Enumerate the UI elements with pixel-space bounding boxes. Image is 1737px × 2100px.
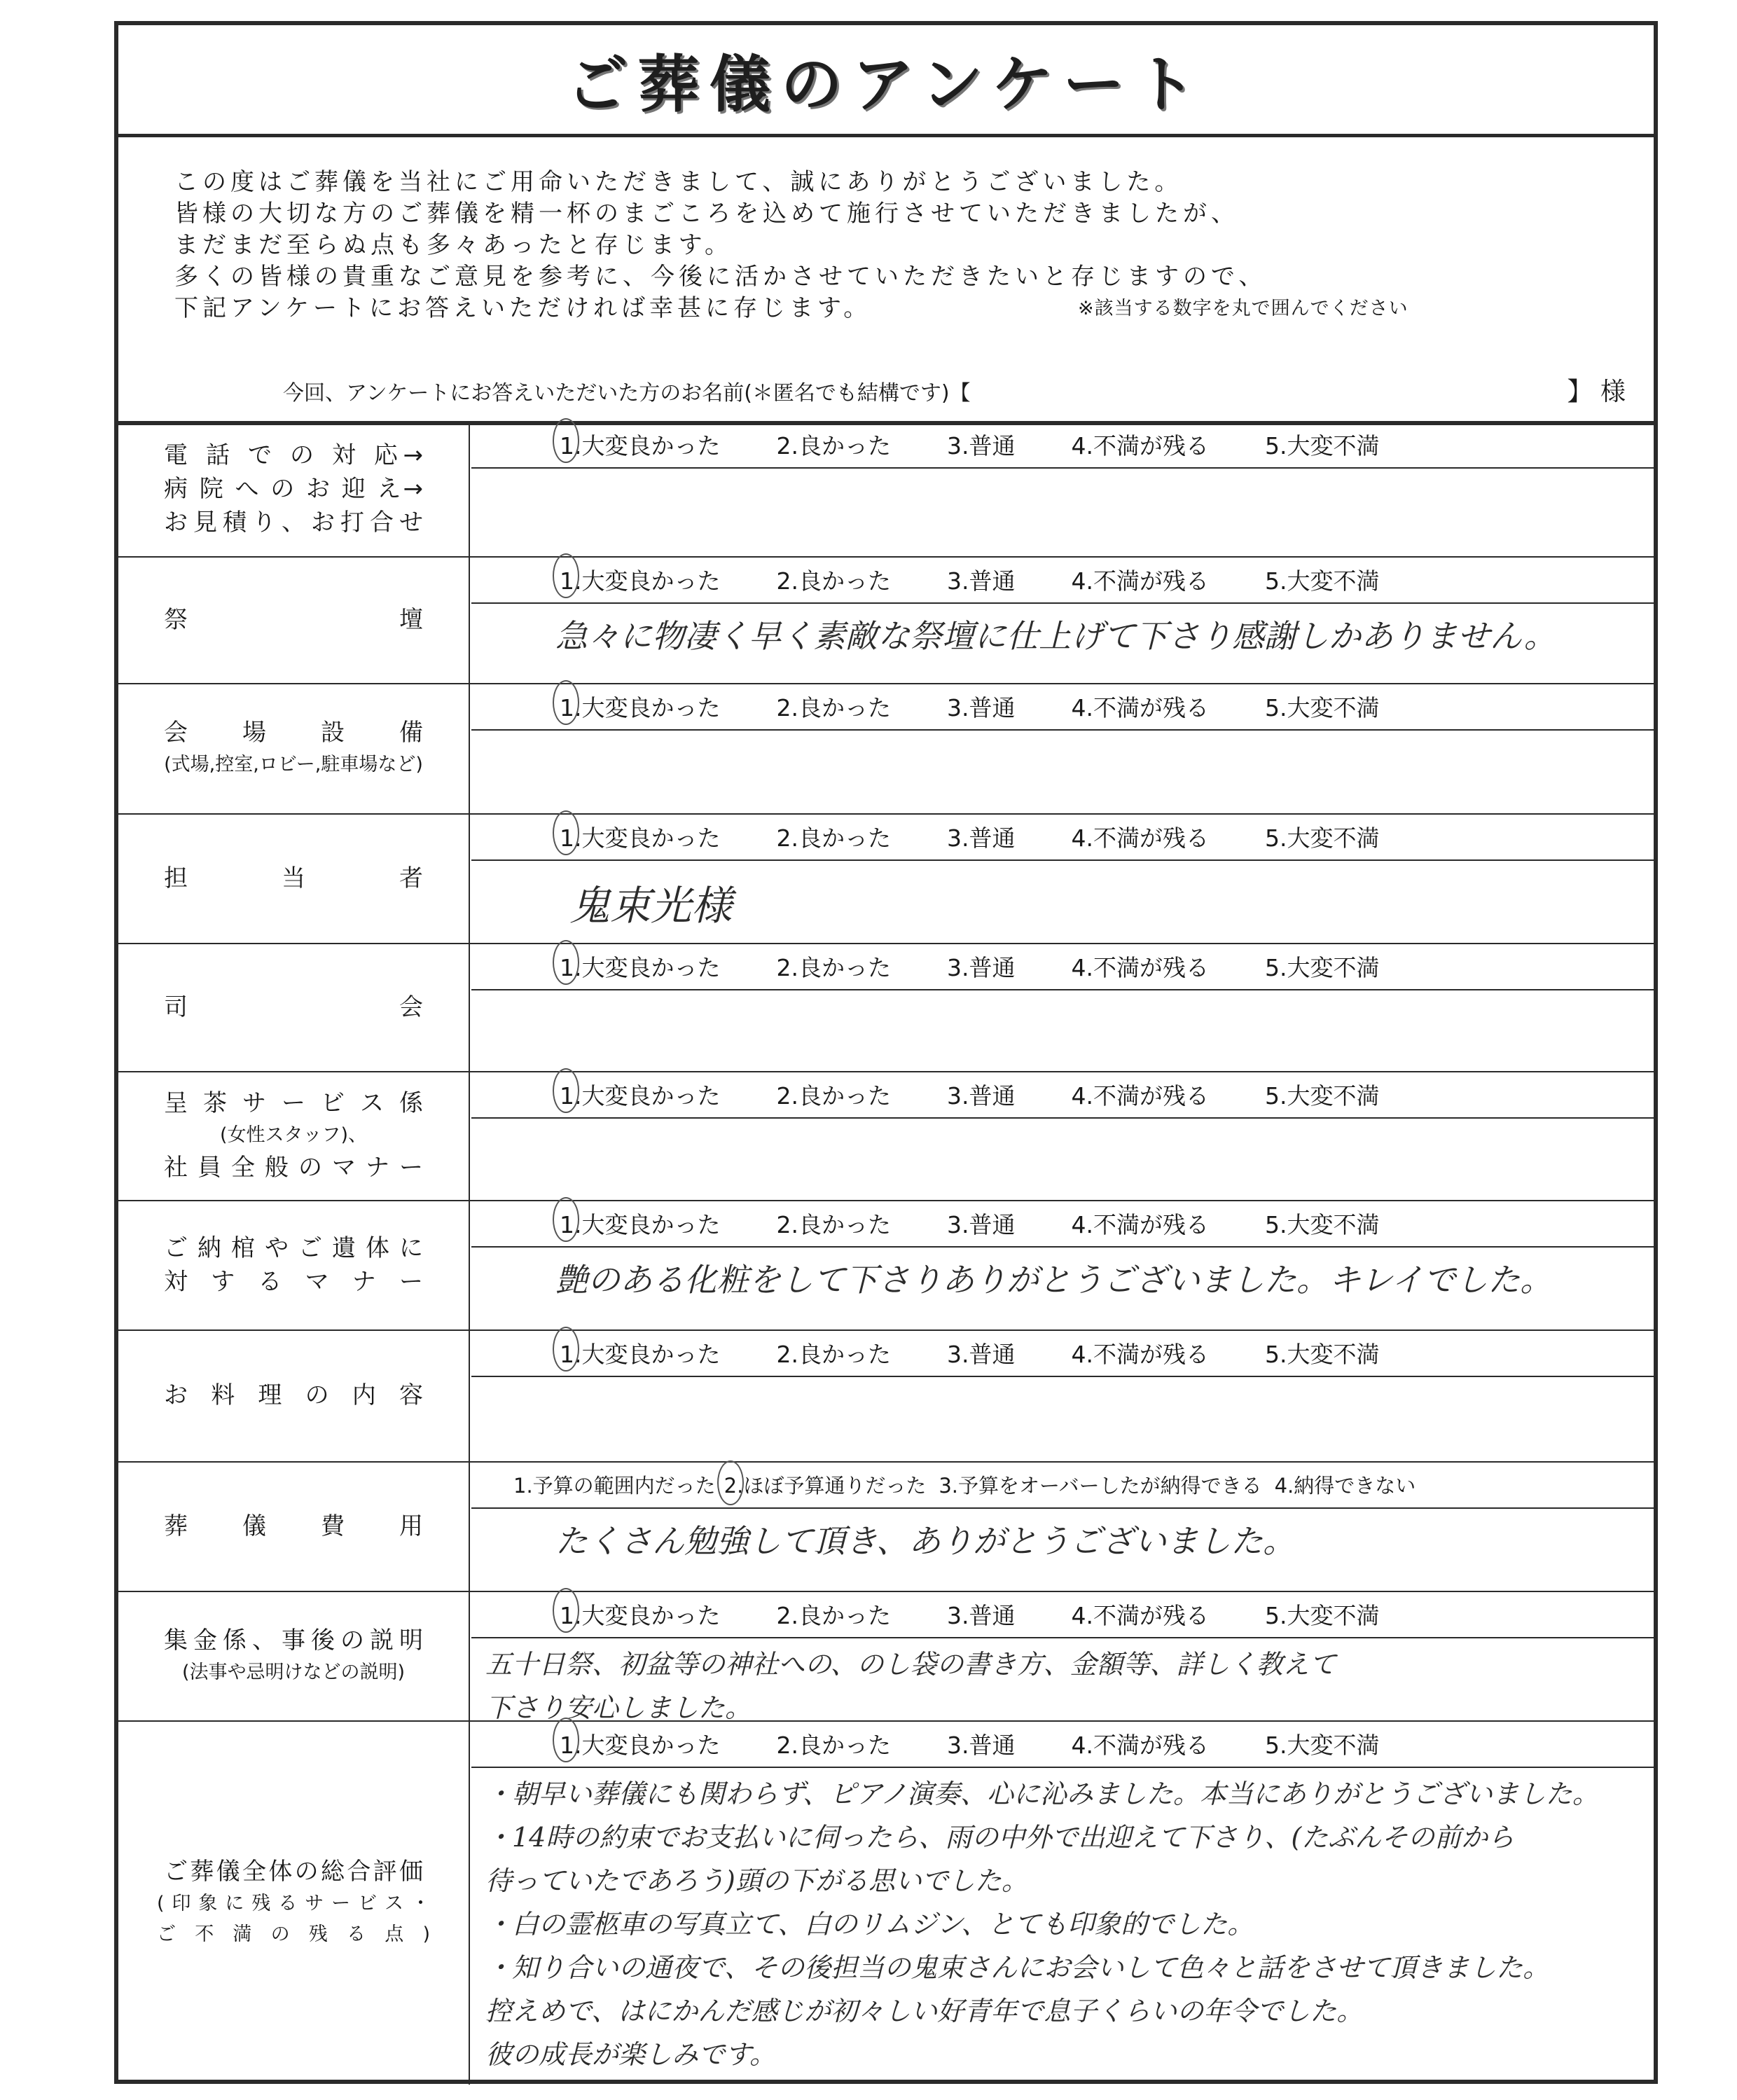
instruction-note: ※該当する数字を丸で囲んでください <box>1078 293 1409 320</box>
label-sub: (印象に残るサービス・ <box>157 1888 430 1919</box>
label-sub: ご不満の残る点) <box>157 1919 430 1950</box>
rating-options: 1.大変良かった2.良かった3.普通4.不満が残る5.大変不満 <box>471 813 1654 861</box>
question-row-6: 呈 茶 サ ー ビ ス 係(女性スタッフ)、社 員 全 般 の マ ナ ー 1.… <box>118 1071 1654 1201</box>
rating-option-3[interactable]: 3.普通 <box>947 563 1016 596</box>
rating-option-2[interactable]: 2.良かった <box>777 1207 892 1240</box>
label-line: 祭 壇 <box>164 603 423 637</box>
answer-cell: 1.予算の範囲内だった2.ほぼ予算通りだった3.予算をオーバーしたが納得できる4… <box>471 1461 1654 1591</box>
rating-option-2[interactable]: 2.良かった <box>777 1598 892 1631</box>
question-row-2: 祭 壇 1.大変良かった2.良かった3.普通4.不満が残る5.大変不満 急々に物… <box>118 556 1654 684</box>
question-label: ご 納 棺 や ご 遺 体 に対 す る マ ナ ー <box>118 1200 470 1329</box>
rating-option-3[interactable]: 3.予算をオーバーしたが納得できる <box>939 1470 1261 1499</box>
rating-option-1[interactable]: 1.大変良かった <box>560 690 721 723</box>
question-label: 呈 茶 サ ー ビ ス 係(女性スタッフ)、社 員 全 般 の マ ナ ー <box>118 1071 470 1200</box>
question-rows: 電 話 で の 対 応→病 院 へ の お 迎 え→お見積り、お打合せ 1.大変… <box>118 421 1654 2080</box>
rating-option-5[interactable]: 5.大変不満 <box>1265 1727 1380 1760</box>
comment-field[interactable]: 鬼束光様 <box>471 862 1654 943</box>
question-label: 担 当 者 <box>118 813 470 943</box>
rating-options: 1.大変良かった2.良かった3.普通4.不満が残る5.大変不満 <box>471 1591 1654 1638</box>
rating-options: 1.大変良かった2.良かった3.普通4.不満が残る5.大変不満 <box>471 1071 1654 1119</box>
label-line: 司 会 <box>164 990 423 1024</box>
rating-option-5[interactable]: 5.大変不満 <box>1265 563 1380 596</box>
question-row-3: 会 場 設 備(式場,控室,ロビー,駐車場など) 1.大変良かった2.良かった3… <box>118 683 1654 815</box>
question-label: お 料 理 の 内 容 <box>118 1329 470 1461</box>
comment-field[interactable]: たくさん勉強して頂き、ありがとうございました。 <box>471 1510 1654 1591</box>
rating-option-4[interactable]: 4.不満が残る <box>1072 1598 1210 1631</box>
rating-option-2[interactable]: 2.良かった <box>777 1336 892 1369</box>
answer-cell: 1.大変良かった2.良かった3.普通4.不満が残る5.大変不満 <box>471 943 1654 1071</box>
rating-option-5[interactable]: 5.大変不満 <box>1265 820 1380 853</box>
respondent-name-field[interactable] <box>822 368 1652 405</box>
rating-option-1[interactable]: 1.大変良かった <box>560 1207 721 1240</box>
answer-cell: 1.大変良かった2.良かった3.普通4.不満が残る5.大変不満 <box>471 1329 1654 1461</box>
rating-option-3[interactable]: 3.普通 <box>947 1336 1016 1369</box>
comment-field[interactable] <box>471 1379 1654 1461</box>
comment-field[interactable]: 急々に物凄く早く素敵な祭壇に仕上げて下さり感謝しかありません。 <box>471 605 1654 683</box>
rating-option-1[interactable]: 1.大変良かった <box>560 1078 721 1111</box>
rating-option-3[interactable]: 3.普通 <box>947 1727 1016 1760</box>
comment-field[interactable] <box>471 732 1654 813</box>
rating-option-3[interactable]: 3.普通 <box>947 428 1016 461</box>
rating-options: 1.大変良かった2.良かった3.普通4.不満が残る5.大変不満 <box>471 1329 1654 1377</box>
question-row-10: 集金係、事後の説明(法事や忌明けなどの説明) 1.大変良かった2.良かった3.普… <box>118 1591 1654 1722</box>
rating-option-5[interactable]: 5.大変不満 <box>1265 1207 1380 1240</box>
rating-option-4[interactable]: 4.不満が残る <box>1072 1336 1210 1369</box>
intro-section: この度はご葬儀を当社にご用命いただきまして、誠にありがとうございました。 皆様の… <box>118 137 1654 425</box>
rating-option-3[interactable]: 3.普通 <box>947 690 1016 723</box>
answer-cell: 1.大変良かった2.良かった3.普通4.不満が残る5.大変不満 鬼束光様 <box>471 813 1654 943</box>
comment-field[interactable] <box>471 1120 1654 1200</box>
question-row-9: 葬 儀 費 用 1.予算の範囲内だった2.ほぼ予算通りだった3.予算をオーバーし… <box>118 1461 1654 1592</box>
rating-option-4[interactable]: 4.不満が残る <box>1072 1207 1210 1240</box>
rating-option-4[interactable]: 4.不満が残る <box>1072 563 1210 596</box>
rating-option-1[interactable]: 1.大変良かった <box>560 428 721 461</box>
label-line: ご 納 棺 や ご 遺 体 に <box>164 1231 423 1265</box>
rating-option-2[interactable]: 2.良かった <box>777 690 892 723</box>
name-suffix: 】 様 <box>1568 372 1626 408</box>
rating-options: 1.大変良かった2.良かった3.普通4.不満が残る5.大変不満 <box>471 421 1654 469</box>
rating-option-4[interactable]: 4.納得できない <box>1275 1470 1416 1499</box>
label-line: ご葬儀全体の総合評価 <box>164 1855 423 1888</box>
rating-option-5[interactable]: 5.大変不満 <box>1265 1598 1380 1631</box>
intro-line: この度はご葬儀を当社にご用命いただきまして、誠にありがとうございました。 <box>174 167 1266 198</box>
rating-option-4[interactable]: 4.不満が残る <box>1072 950 1210 983</box>
comment-field[interactable] <box>471 470 1654 556</box>
question-label: 祭 壇 <box>118 556 470 683</box>
rating-option-1[interactable]: 1.大変良かった <box>560 1727 721 1760</box>
rating-option-4[interactable]: 4.不満が残る <box>1072 1727 1210 1760</box>
answer-cell: 1.大変良かった2.良かった3.普通4.不満が残る5.大変不満 五十日祭、初盆等… <box>471 1591 1654 1720</box>
answer-cell: 1.大変良かった2.良かった3.普通4.不満が残る5.大変不満 艶のある化粧をし… <box>471 1200 1654 1329</box>
rating-option-4[interactable]: 4.不満が残る <box>1072 690 1210 723</box>
survey-form: ご葬儀のアンケート この度はご葬儀を当社にご用命いただきまして、誠にありがとうご… <box>114 21 1658 2084</box>
rating-option-5[interactable]: 5.大変不満 <box>1265 690 1380 723</box>
rating-option-4[interactable]: 4.不満が残る <box>1072 428 1210 461</box>
rating-options: 1.大変良かった2.良かった3.普通4.不満が残る5.大変不満 <box>471 556 1654 604</box>
rating-option-5[interactable]: 5.大変不満 <box>1265 950 1380 983</box>
rating-option-1[interactable]: 1.大変良かった <box>560 950 721 983</box>
comment-field[interactable]: ・朝早い葬儀にも関わらず、ピアノ演奏、心に沁みました。本当にありがとうございまし… <box>471 1769 1654 2085</box>
intro-line: 多くの皆様の貴重なご意見を参考に、今後に活かさせていただきたいと存じますので、 <box>174 261 1266 293</box>
rating-option-1[interactable]: 1.大変良かった <box>560 820 721 853</box>
intro-line: 皆様の大切な方のご葬儀を精一杯のまごころを込めて施行させていただきましたが、 <box>174 198 1266 230</box>
rating-option-3[interactable]: 3.普通 <box>947 820 1016 853</box>
rating-option-3[interactable]: 3.普通 <box>947 950 1016 983</box>
question-row-8: お 料 理 の 内 容 1.大変良かった2.良かった3.普通4.不満が残る5.大… <box>118 1329 1654 1463</box>
label-line: 葬 儀 費 用 <box>164 1510 423 1543</box>
question-row-1: 電 話 で の 対 応→病 院 へ の お 迎 え→お見積り、お打合せ 1.大変… <box>118 421 1654 558</box>
answer-cell: 1.大変良かった2.良かった3.普通4.不満が残る5.大変不満 <box>471 683 1654 813</box>
answer-cell: 1.大変良かった2.良かった3.普通4.不満が残る5.大変不満 急々に物凄く早く… <box>471 556 1654 683</box>
rating-options: 1.大変良かった2.良かった3.普通4.不満が残る5.大変不満 <box>471 943 1654 990</box>
question-row-5: 司 会 1.大変良かった2.良かった3.普通4.不満が残る5.大変不満 <box>118 943 1654 1072</box>
rating-option-1[interactable]: 1.大変良かった <box>560 1598 721 1631</box>
rating-options: 1.大変良かった2.良かった3.普通4.不満が残る5.大変不満 <box>471 1720 1654 1768</box>
answer-cell: 1.大変良かった2.良かった3.普通4.不満が残る5.大変不満 ・朝早い葬儀にも… <box>471 1720 1654 2085</box>
label-sub: (女性スタッフ)、 <box>220 1120 367 1151</box>
label-line: 集金係、事後の説明 <box>164 1624 423 1657</box>
label-line: 対 す る マ ナ ー <box>164 1265 423 1299</box>
answer-cell: 1.大変良かった2.良かった3.普通4.不満が残る5.大変不満 <box>471 421 1654 556</box>
label-line: 病 院 へ の お 迎 え→ <box>164 472 423 506</box>
answer-cell: 1.大変良かった2.良かった3.普通4.不満が残る5.大変不満 <box>471 1071 1654 1200</box>
rating-option-2[interactable]: 2.良かった <box>777 950 892 983</box>
rating-option-2[interactable]: 2.良かった <box>777 563 892 596</box>
rating-option-4[interactable]: 4.不満が残る <box>1072 1078 1210 1111</box>
question-row-7: ご 納 棺 や ご 遺 体 に対 す る マ ナ ー 1.大変良かった2.良かっ… <box>118 1200 1654 1331</box>
label-sub: (式場,控室,ロビー,駐車場など) <box>164 749 423 780</box>
question-label: 電 話 で の 対 応→病 院 へ の お 迎 え→お見積り、お打合せ <box>118 421 470 556</box>
rating-option-2[interactable]: 2.良かった <box>777 1727 892 1760</box>
question-row-4: 担 当 者 1.大変良かった2.良かった3.普通4.不満が残る5.大変不満 鬼束… <box>118 813 1654 944</box>
rating-options: 1.大変良かった2.良かった3.普通4.不満が残る5.大変不満 <box>471 683 1654 731</box>
label-line: お 料 理 の 内 容 <box>164 1379 423 1412</box>
label-line: 担 当 者 <box>164 862 423 895</box>
rating-option-5[interactable]: 5.大変不満 <box>1265 1078 1380 1111</box>
rating-option-3[interactable]: 3.普通 <box>947 1598 1016 1631</box>
question-label: 集金係、事後の説明(法事や忌明けなどの説明) <box>118 1591 470 1720</box>
question-label: 会 場 設 備(式場,控室,ロビー,駐車場など) <box>118 683 470 813</box>
rating-option-1[interactable]: 1.大変良かった <box>560 1336 721 1369</box>
label-sub: (法事や忌明けなどの説明) <box>182 1657 405 1688</box>
rating-option-5[interactable]: 5.大変不満 <box>1265 428 1380 461</box>
question-label: 司 会 <box>118 943 470 1071</box>
rating-option-2[interactable]: 2.良かった <box>777 1078 892 1111</box>
rating-option-4[interactable]: 4.不満が残る <box>1072 820 1210 853</box>
rating-option-3[interactable]: 3.普通 <box>947 1078 1016 1111</box>
question-row-11: ご葬儀全体の総合評価(印象に残るサービス・ご不満の残る点) 1.大変良かった2.… <box>118 1720 1654 2085</box>
label-line: 会 場 設 備 <box>164 716 423 749</box>
rating-option-1[interactable]: 1.予算の範囲内だった <box>513 1470 716 1499</box>
label-line: 社 員 全 般 の マ ナ ー <box>164 1151 423 1184</box>
comment-field[interactable]: 艶のある化粧をして下さりありがとうございました。キレイでした。 <box>471 1249 1654 1329</box>
rating-option-2[interactable]: 2.ほぼ予算通りだった <box>724 1470 927 1499</box>
comment-field[interactable]: 五十日祭、初盆等の神社への、のし袋の書き方、金額等、詳しく教えて 下さり安心しま… <box>471 1640 1654 1720</box>
label-line: 呈 茶 サ ー ビ ス 係 <box>164 1086 423 1120</box>
question-label: 葬 儀 費 用 <box>118 1461 470 1591</box>
rating-option-2[interactable]: 2.良かった <box>777 820 892 853</box>
comment-field[interactable] <box>471 992 1654 1071</box>
rating-option-5[interactable]: 5.大変不満 <box>1265 1336 1380 1369</box>
rating-option-3[interactable]: 3.普通 <box>947 1207 1016 1240</box>
rating-options: 1.予算の範囲内だった2.ほぼ予算通りだった3.予算をオーバーしたが納得できる4… <box>471 1461 1654 1509</box>
label-line: 電 話 で の 対 応→ <box>164 438 423 472</box>
rating-option-1[interactable]: 1.大変良かった <box>560 563 721 596</box>
intro-line: まだまだ至らぬ点も多々あったと存じます。 <box>174 230 1266 261</box>
rating-options: 1.大変良かった2.良かった3.普通4.不満が残る5.大変不満 <box>471 1200 1654 1248</box>
rating-option-2[interactable]: 2.良かった <box>777 428 892 461</box>
page-title: ご葬儀のアンケート <box>567 36 1206 124</box>
label-line: お見積り、お打合せ <box>164 506 423 539</box>
question-label: ご葬儀全体の総合評価(印象に残るサービス・ご不満の残る点) <box>118 1720 470 2085</box>
title-band: ご葬儀のアンケート <box>118 25 1654 137</box>
